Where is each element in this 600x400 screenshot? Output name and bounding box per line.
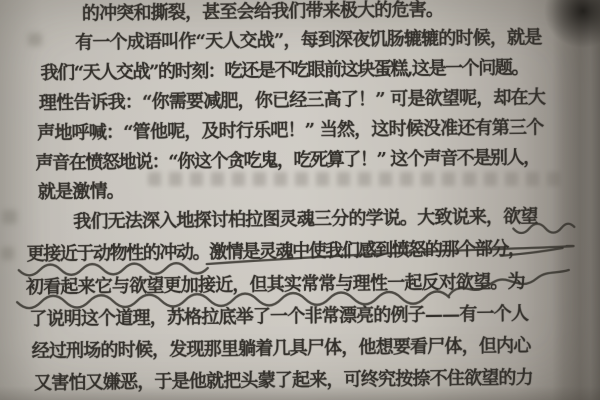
text-line: 就是激情。 [38, 181, 124, 204]
text-line: 了说明这个道理，苏格拉底举了一个非常漂亮的例子——有一个人 [29, 303, 528, 330]
text-line: 我们无法深入地探讨柏拉图灵魂三分的学说。大致说来，欲望 [73, 206, 538, 233]
text-line: 经过刑场的时候，发现那里躺着几具尸体，他想要看尸体，但内心 [32, 335, 531, 362]
text-line: 的冲突和撕裂，甚至会给我们带来极大的危害。 [82, 0, 443, 25]
text-line: 声音在愤怒地说：“你这个贪吃鬼，吃死算了！” 这个声音不是别人， [35, 147, 539, 174]
text-line: 有一个成语叫作“天人交战”，每到深夜饥肠辘辘的时候，就是 [75, 27, 542, 54]
page-edge-shadow-right [552, 0, 600, 400]
text-line: 声地呼喊：“管他呢，及时行乐吧！” 当然，这时候没准还有第三个 [37, 117, 543, 144]
page-text-block: 的冲突和撕裂，甚至会给我们带来极大的危害。 有一个成语叫作“天人交战”，每到深夜… [0, 0, 600, 400]
text-line: 初看起来它与欲望更加接近，但其实常常与理性一起反对欲望。为 [26, 271, 525, 298]
text-line: 更接近于动物性的冲动。激情是灵魂中使我们感到愤怒的那个部分， [26, 238, 524, 265]
text-line: 理性告诉我：“你需要减肥，你已经三高了！” 可是欲望呢，却在大 [39, 87, 545, 114]
page-edge-shadow-bottom [0, 386, 600, 400]
book-page-photo: 的冲突和撕裂，甚至会给我们带来极大的危害。 有一个成语叫作“天人交战”，每到深夜… [0, 0, 600, 400]
page-corner-shadow-top-right [544, 0, 600, 48]
text-line: 我们“天人交战”的时刻：吃还是不吃眼前这块蛋糕,这是一个问题。 [40, 57, 528, 84]
